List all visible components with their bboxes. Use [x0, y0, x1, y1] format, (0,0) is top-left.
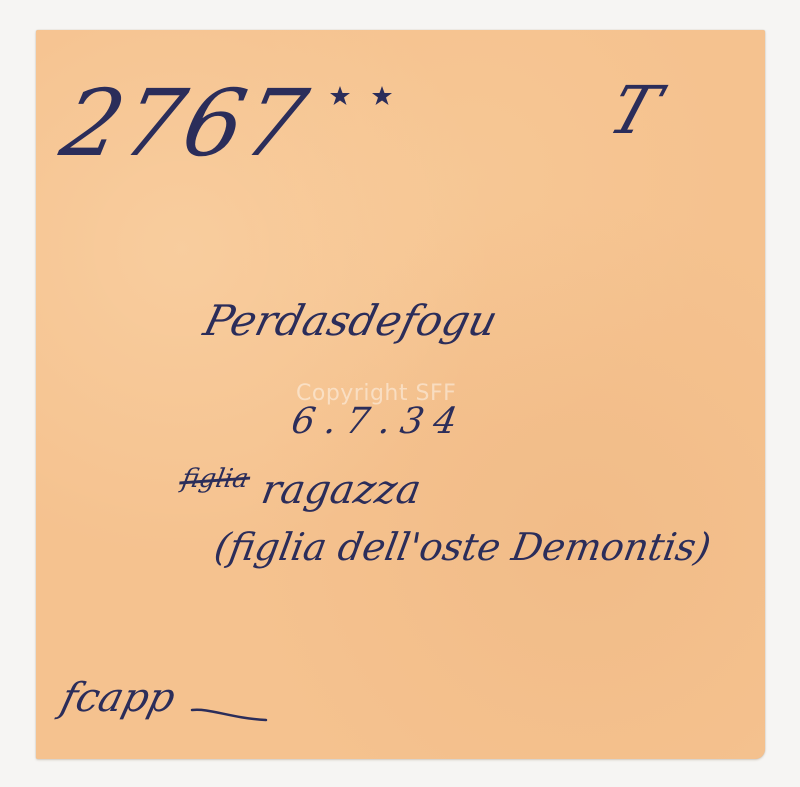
crossed-out-word: figlia — [180, 466, 251, 492]
signature-flourish — [190, 704, 270, 724]
catalog-number: 2767 — [54, 78, 316, 170]
caption: (figlia dell'oste Demontis) — [212, 528, 714, 566]
date: 6.7.34 — [289, 404, 470, 440]
subject: ragazza — [258, 470, 423, 510]
place-name: Perdasdefogu — [200, 300, 502, 342]
initials: fcapp — [57, 678, 179, 718]
star-icon — [330, 84, 400, 108]
